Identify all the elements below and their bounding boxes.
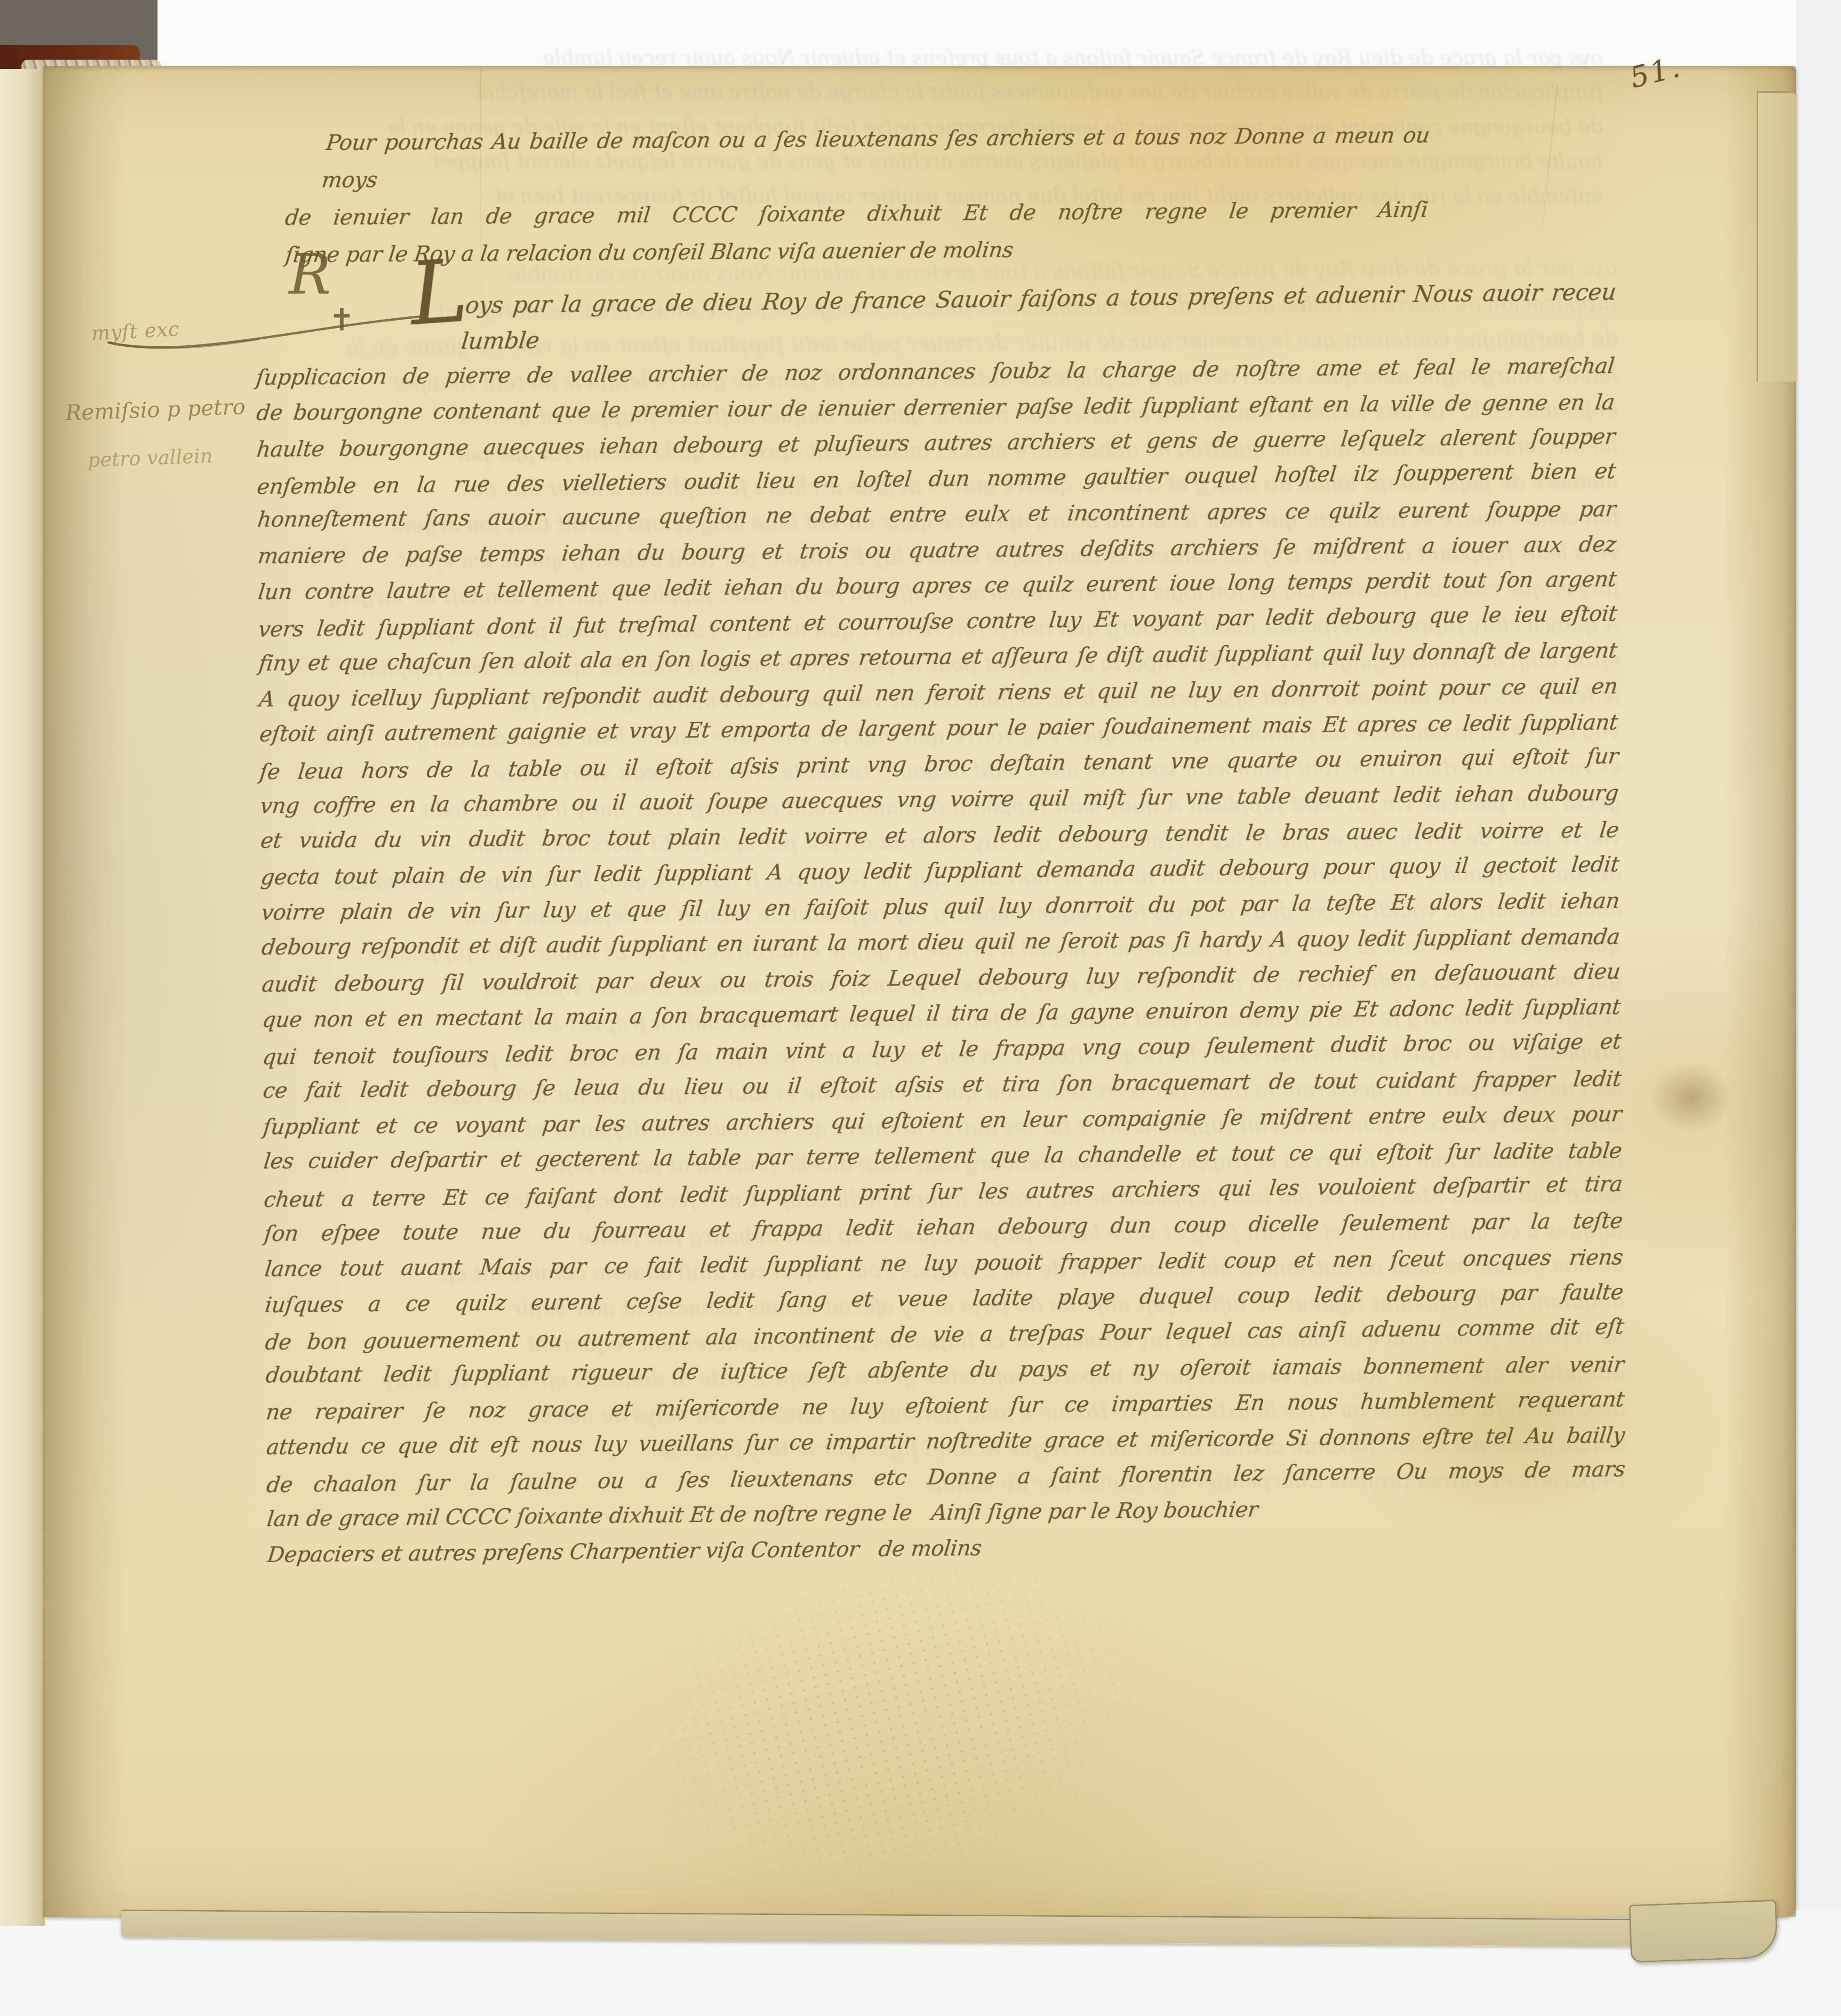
- margin-note-petro: petro vallein: [87, 444, 213, 471]
- scanner-background-top: [0, 0, 1841, 70]
- previous-leaf-edge: [0, 69, 45, 1926]
- underlying-page-edge-top: [1757, 91, 1797, 382]
- scanner-background-right: [1796, 0, 1841, 2016]
- text-line: Pour pourchas Au baille de maſcon ou a ſ…: [281, 116, 1431, 199]
- manuscript-scan: { "manuscript": { "folio_number": "51.",…: [0, 0, 1841, 2016]
- letter-of-remission-text: oys par la grace de dieu Roy de france S…: [255, 276, 1626, 1572]
- text-line: oys par la grace de dieu Roy de france S…: [252, 274, 1618, 362]
- underlying-page-corner: [1629, 1900, 1778, 1963]
- stain: [1649, 1063, 1733, 1132]
